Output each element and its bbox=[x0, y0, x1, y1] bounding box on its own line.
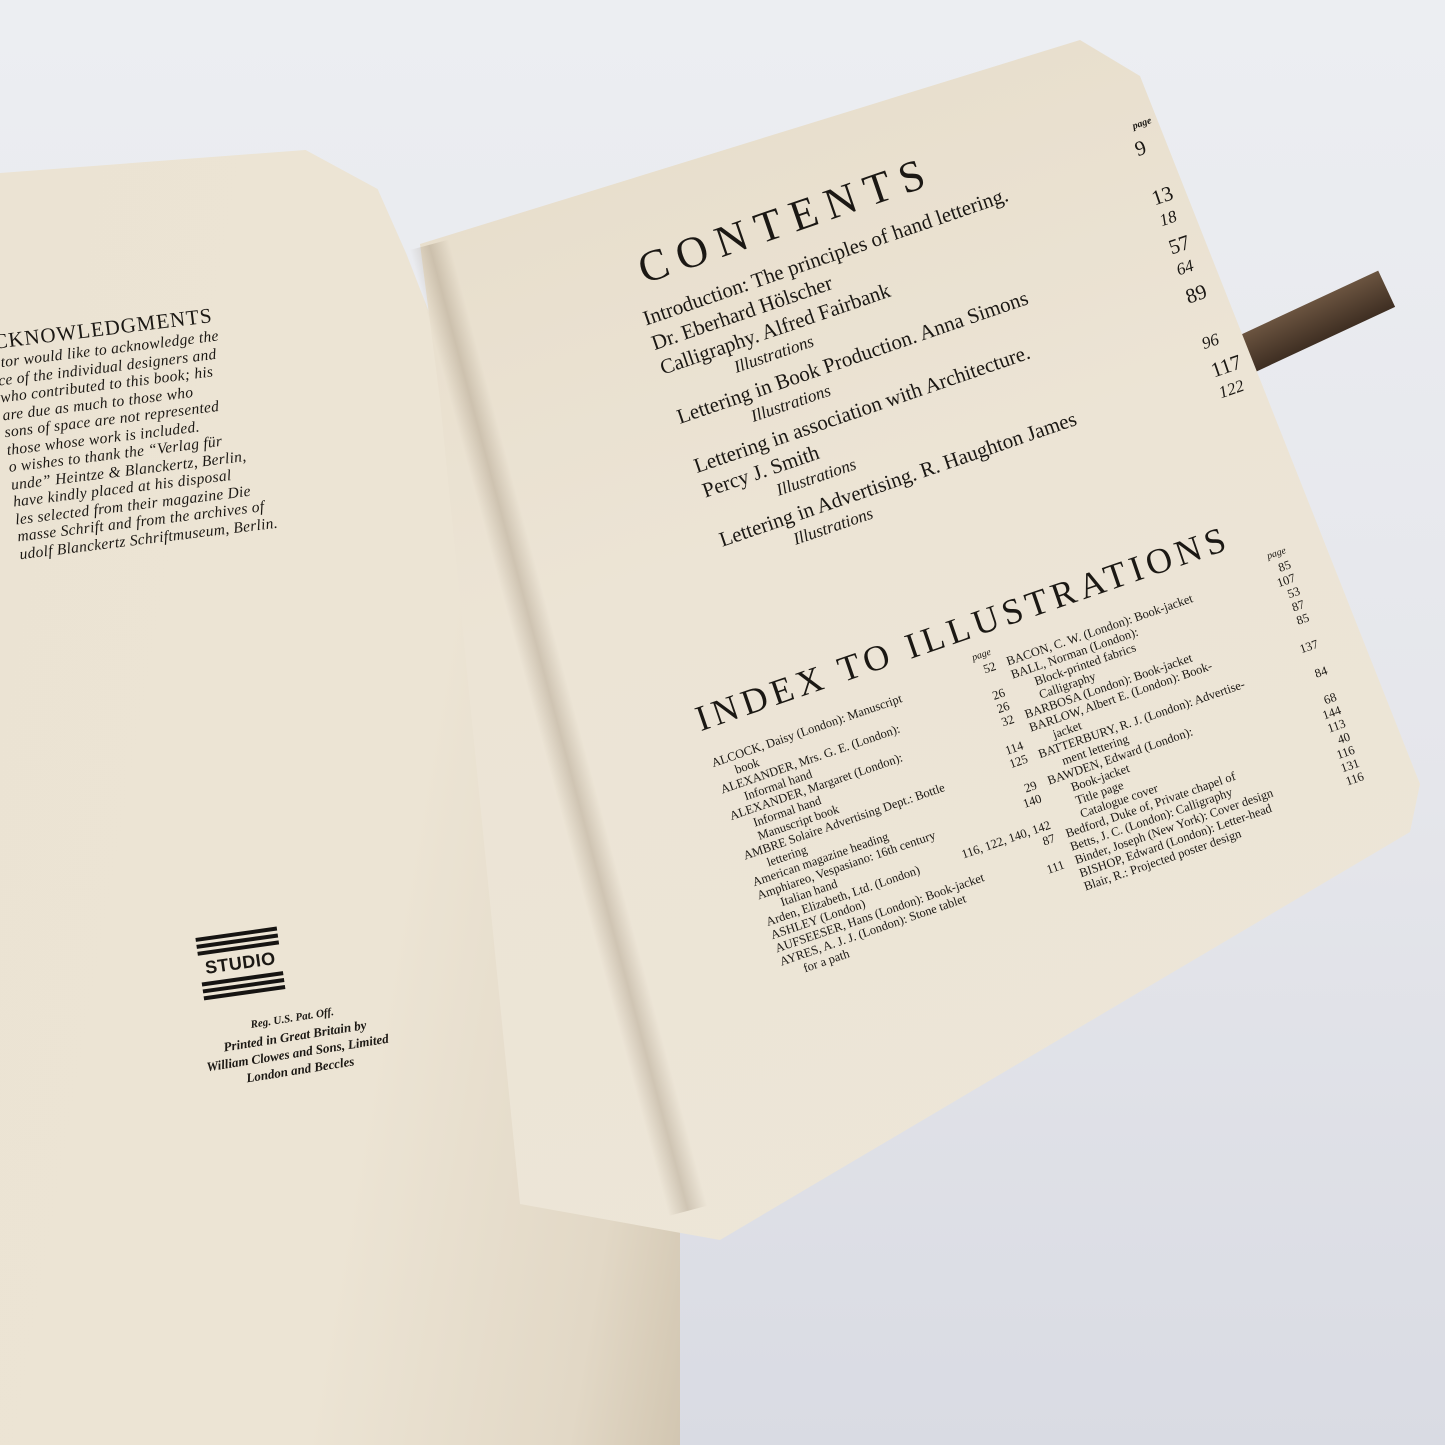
acknowledgments-block: CKNOWLEDGMENTS itor would like to acknow… bbox=[0, 298, 279, 563]
studio-striped-logo-icon: STUDIO bbox=[195, 927, 285, 1001]
studio-logo: STUDIO bbox=[195, 924, 286, 1004]
